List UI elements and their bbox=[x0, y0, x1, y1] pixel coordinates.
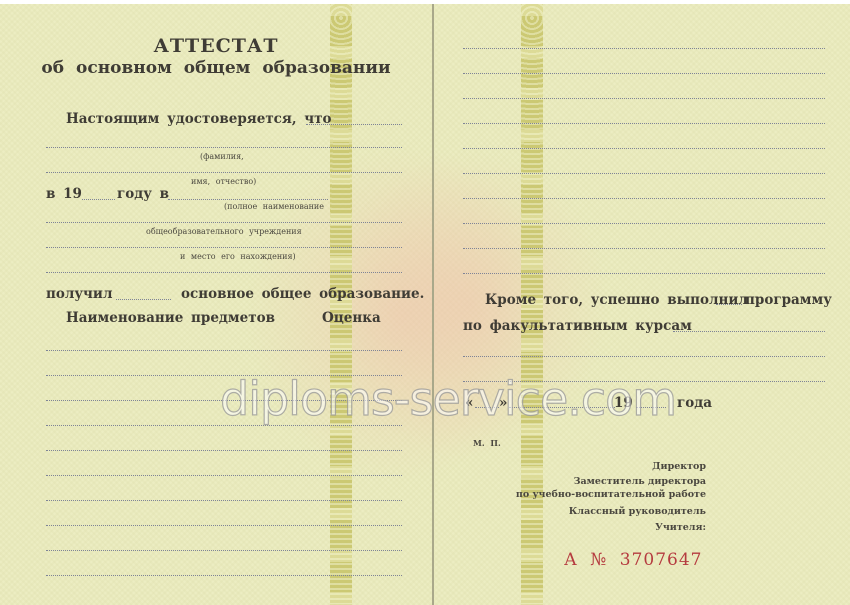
institution-field-line bbox=[46, 272, 402, 273]
right-page: Кроме того, успешно выполнил программу п… bbox=[433, 4, 850, 605]
signatory-teachers: Учителя: bbox=[655, 522, 706, 533]
elective-courses-label: по факультативным курсам bbox=[463, 318, 692, 334]
certificate-spread: АТТЕСТАТ об основном общем образовании Н… bbox=[0, 4, 850, 605]
hint-institution-1: (полное наименование bbox=[224, 202, 324, 211]
serial-series: А bbox=[564, 550, 578, 570]
date-close-quote: » bbox=[499, 395, 507, 411]
certificate-subtitle: об основном общем образовании bbox=[0, 58, 432, 78]
subject-row-line bbox=[46, 375, 402, 376]
signatory-deputy-director-dept: по учебно-воспитательной работе bbox=[516, 489, 706, 500]
received-suffix: основное общее образование. bbox=[181, 286, 424, 302]
left-page: АТТЕСТАТ об основном общем образовании Н… bbox=[0, 4, 432, 605]
extra-program-prefix: Кроме того, успешно выполнил bbox=[485, 292, 748, 308]
extra-program-suffix: программу bbox=[745, 292, 832, 308]
date-month-line bbox=[509, 407, 615, 408]
subject-row-line bbox=[46, 450, 402, 451]
signatory-director: Директор bbox=[652, 461, 706, 472]
institution-field-line bbox=[168, 199, 328, 200]
certify-label: Настоящим удостоверяется, что bbox=[66, 111, 332, 127]
institution-field-line bbox=[46, 247, 402, 248]
date-year-suffix: года bbox=[677, 395, 712, 411]
hint-institution-2: общеобразовательного учреждения bbox=[146, 227, 302, 236]
subject-row-line bbox=[46, 550, 402, 551]
right-page-line bbox=[463, 198, 825, 199]
year-prefix: в 19 bbox=[46, 186, 82, 202]
subjects-header: Наименование предметов bbox=[66, 310, 275, 326]
subject-row-line bbox=[46, 400, 402, 401]
hint-surname: (фамилия, bbox=[200, 152, 244, 161]
right-page-line bbox=[463, 123, 825, 124]
subject-row-line bbox=[46, 575, 402, 576]
right-page-line bbox=[463, 98, 825, 99]
date-year-line bbox=[636, 407, 666, 408]
date-open-quote: « bbox=[465, 395, 473, 411]
date-year-prefix: 19 bbox=[614, 395, 633, 411]
serial-digits: 3707647 bbox=[620, 550, 703, 570]
year-suffix: году в bbox=[117, 186, 169, 202]
right-page-line bbox=[463, 173, 825, 174]
elective-courses-line bbox=[463, 356, 825, 357]
subject-row-line bbox=[46, 475, 402, 476]
serial-number: А № 3707647 bbox=[564, 550, 703, 570]
signatory-class-teacher: Классный руководитель bbox=[569, 506, 706, 517]
subject-row-line bbox=[46, 350, 402, 351]
subject-row-line bbox=[46, 425, 402, 426]
extra-program-field-line bbox=[716, 304, 742, 305]
name-field-line bbox=[46, 147, 402, 148]
name-field-line bbox=[306, 124, 402, 125]
name-field-line bbox=[46, 172, 402, 173]
right-page-line bbox=[463, 148, 825, 149]
date-day-line bbox=[475, 407, 499, 408]
right-page-line bbox=[463, 73, 825, 74]
received-field-line bbox=[116, 299, 171, 300]
security-ribbon-left bbox=[330, 4, 352, 605]
serial-sign: № bbox=[590, 550, 607, 570]
subject-row-line bbox=[46, 525, 402, 526]
right-page-line bbox=[463, 248, 825, 249]
hint-name: имя, отчество) bbox=[191, 177, 256, 186]
grade-header: Оценка bbox=[322, 310, 381, 326]
right-page-line bbox=[463, 273, 825, 274]
certificate-title: АТТЕСТАТ bbox=[0, 35, 432, 57]
right-page-line bbox=[463, 223, 825, 224]
elective-courses-line bbox=[463, 381, 825, 382]
stamp-place: М. П. bbox=[473, 438, 501, 448]
year-field-line bbox=[82, 199, 115, 200]
signatory-deputy-director: Заместитель директора bbox=[574, 476, 706, 487]
right-page-line bbox=[463, 48, 825, 49]
received-prefix: получил bbox=[46, 286, 112, 302]
subject-row-line bbox=[46, 500, 402, 501]
hint-institution-3: и место его нахождения) bbox=[180, 252, 296, 261]
elective-courses-line bbox=[673, 331, 825, 332]
institution-field-line bbox=[46, 222, 402, 223]
